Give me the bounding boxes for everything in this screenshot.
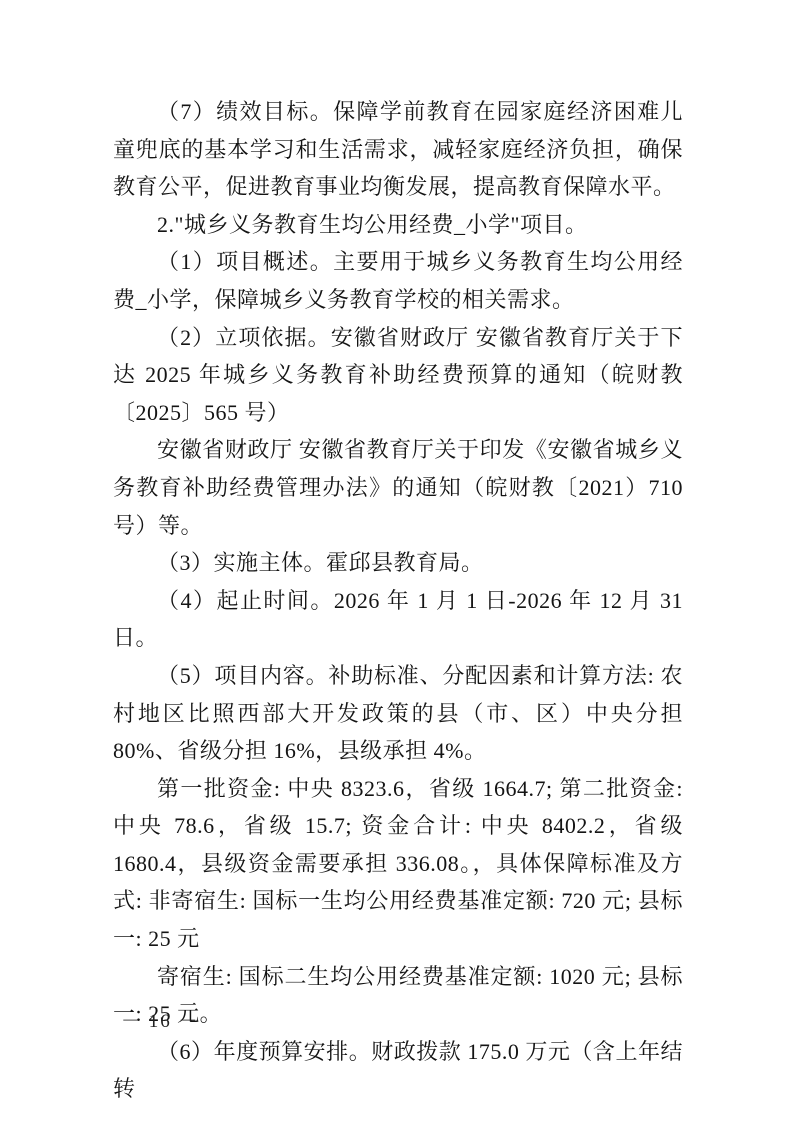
- document-page: （7）绩效目标。保障学前教育在园家庭经济困难儿童兜底的基本学习和生活需求，减轻家…: [0, 0, 793, 1122]
- paragraph-funding-batches: 第一批资金: 中央 8323.6，省级 1664.7; 第二批资金: 中央 78…: [113, 770, 683, 958]
- paragraph-project-overview: （1）项目概述。主要用于城乡义务教育生均公用经费_小学，保障城乡义务教育学校的相…: [113, 243, 683, 318]
- paragraph-approval-basis: （2）立项依据。安徽省财政厅 安徽省教育厅关于下达 2025 年城乡义务教育补助…: [113, 319, 683, 432]
- paragraph-project-2-title: 2."城乡义务教育生均公用经费_小学"项目。: [113, 206, 683, 244]
- paragraph-implementing-body: （3）实施主体。霍邱县教育局。: [113, 544, 683, 582]
- paragraph-approval-basis-2: 安徽省财政厅 安徽省教育厅关于印发《安徽省城乡义务教育补助经费管理办法》的通知（…: [113, 431, 683, 544]
- document-body: （7）绩效目标。保障学前教育在园家庭经济困难儿童兜底的基本学习和生活需求，减轻家…: [113, 93, 683, 1108]
- page-number: － 16 －: [121, 1008, 200, 1036]
- paragraph-project-content: （5）项目内容。补助标准、分配因素和计算方法: 农村地区比照西部大开发政策的县（…: [113, 657, 683, 770]
- paragraph-performance-goal: （7）绩效目标。保障学前教育在园家庭经济困难儿童兜底的基本学习和生活需求，减轻家…: [113, 93, 683, 206]
- paragraph-annual-budget: （6）年度预算安排。财政拨款 175.0 万元（含上年结转: [113, 1033, 683, 1108]
- paragraph-time-range: （4）起止时间。2026 年 1 月 1 日-2026 年 12 月 31 日。: [113, 582, 683, 657]
